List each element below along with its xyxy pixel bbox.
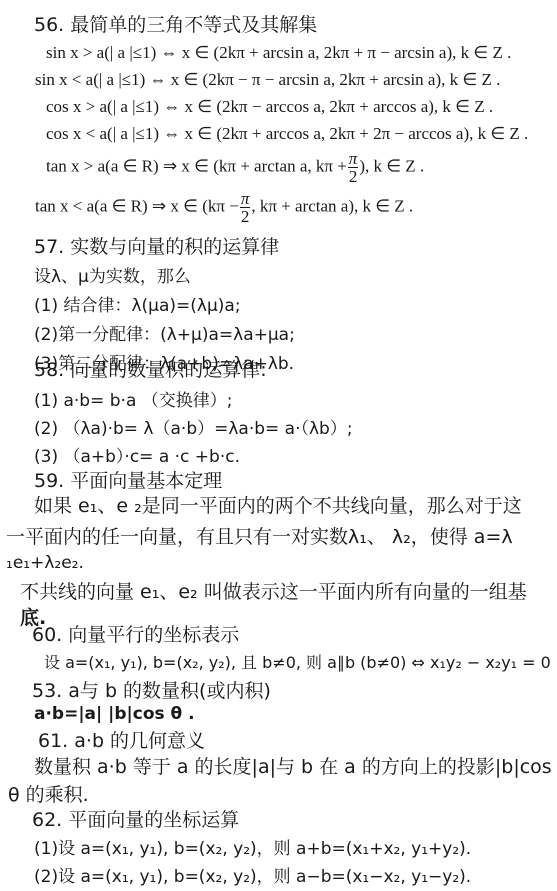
section-58-item-3: (3) （a+b）·c= a ·c +b·c. xyxy=(34,442,240,467)
section-57-item-2: (2)第一分配律：(λ+μ)a=λa+μa; xyxy=(34,320,295,345)
section-59-para-2-line-1: 不共线的向量 e₁、e₂ 叫做表示这一平面内所有向量的一组基 xyxy=(20,577,527,604)
fraction-pi-over-2: π2 xyxy=(240,190,251,225)
formula-tan-lt-prefix: tan x < a(a ∈ R) ⇒ x ∈ (kπ − xyxy=(35,196,239,215)
section-62-item-1: (1)设 a=(x₁, y₁), b=(x₂, y₂)，则 a+b=(x₁+x₂… xyxy=(34,834,471,859)
section-53-body: a·b=|a| |b|cos θ . xyxy=(34,704,195,724)
section-61-line-1: 数量积 a·b 等于 a 的长度|a|与 b 在 a 的方向上的投影|b|cos xyxy=(34,752,552,779)
section-61-line-2: θ 的乘积. xyxy=(8,780,89,807)
section-58-title-text: 58. 向量的数量积的运算律: xyxy=(34,355,267,382)
formula-tan-lt: tan x < a(a ∈ R) ⇒ x ∈ (kπ −π2, kπ + arc… xyxy=(35,190,413,225)
formula-tan-gt-suffix: ), k ∈ Z . xyxy=(359,156,424,175)
section-61-title: 61. a·b 的几何意义 xyxy=(38,726,205,753)
section-60-title: 60. 向量平行的坐标表示 xyxy=(32,620,239,647)
section-58-item-2: (2) （λa)·b= λ（a·b）=λa·b= a·（λb）; xyxy=(34,414,353,439)
section-59-para-1-line-2: 一平面内的任一向量，有且只有一对实数λ₁、 λ₂，使得 a=λ xyxy=(6,522,513,549)
section-59-title: 59. 平面向量基本定理 xyxy=(34,466,222,493)
section-59-para-1-line-1: 如果 e₁、e ₂是同一平面内的两个不共线向量，那么对于这 xyxy=(34,491,522,518)
section-59-para-1-line-3: ₁e₁+λ₂e₂. xyxy=(6,553,84,573)
section-58-item-1: (1) a·b= b·a （交换律）; xyxy=(34,386,233,411)
formula-sin-lt: sin x < a(| a |≤1) ⇔ x ∈ (2kπ − π − arcs… xyxy=(35,70,500,90)
section-56-title: 56. 最简单的三角不等式及其解集 xyxy=(34,10,317,37)
formula-tan-gt-prefix: tan x > a(a ∈ R) ⇒ x ∈ (kπ + arctan a, k… xyxy=(46,156,347,175)
section-57-title: 57. 实数与向量的积的运算律 xyxy=(34,232,279,259)
formula-sin-gt: sin x > a(| a |≤1) ⇔ x ∈ (2kπ + arcsin a… xyxy=(46,43,511,63)
formula-cos-lt: cos x < a(| a |≤1) ⇔ x ∈ (2kπ + arccos a… xyxy=(46,124,528,144)
section-53-title: 53. a与 b 的数量积(或内积) xyxy=(32,676,271,703)
fraction-pi-over-2: π2 xyxy=(348,150,359,185)
formula-cos-gt: cos x > a(| a |≤1) ⇔ x ∈ (2kπ − arccos a… xyxy=(46,97,493,117)
section-62-title: 62. 平面向量的坐标运算 xyxy=(32,805,239,832)
section-57-item-1: (1) 结合律：λ(μa)=(λμ)a; xyxy=(34,291,241,316)
formula-tan-lt-suffix: , kπ + arctan a), k ∈ Z . xyxy=(251,196,413,215)
section-60-body: 设 a=(x₁, y₁), b=(x₂, y₂), 且 b≠0, 则 a∥b (… xyxy=(44,650,557,673)
formula-tan-gt: tan x > a(a ∈ R) ⇒ x ∈ (kπ + arctan a, k… xyxy=(46,150,424,185)
section-62-item-2: (2)设 a=(x₁, y₁), b=(x₂, y₂)，则 a−b=(x₁−x₂… xyxy=(34,862,471,887)
section-57-intro: 设λ、μ为实数，那么 xyxy=(34,262,191,287)
